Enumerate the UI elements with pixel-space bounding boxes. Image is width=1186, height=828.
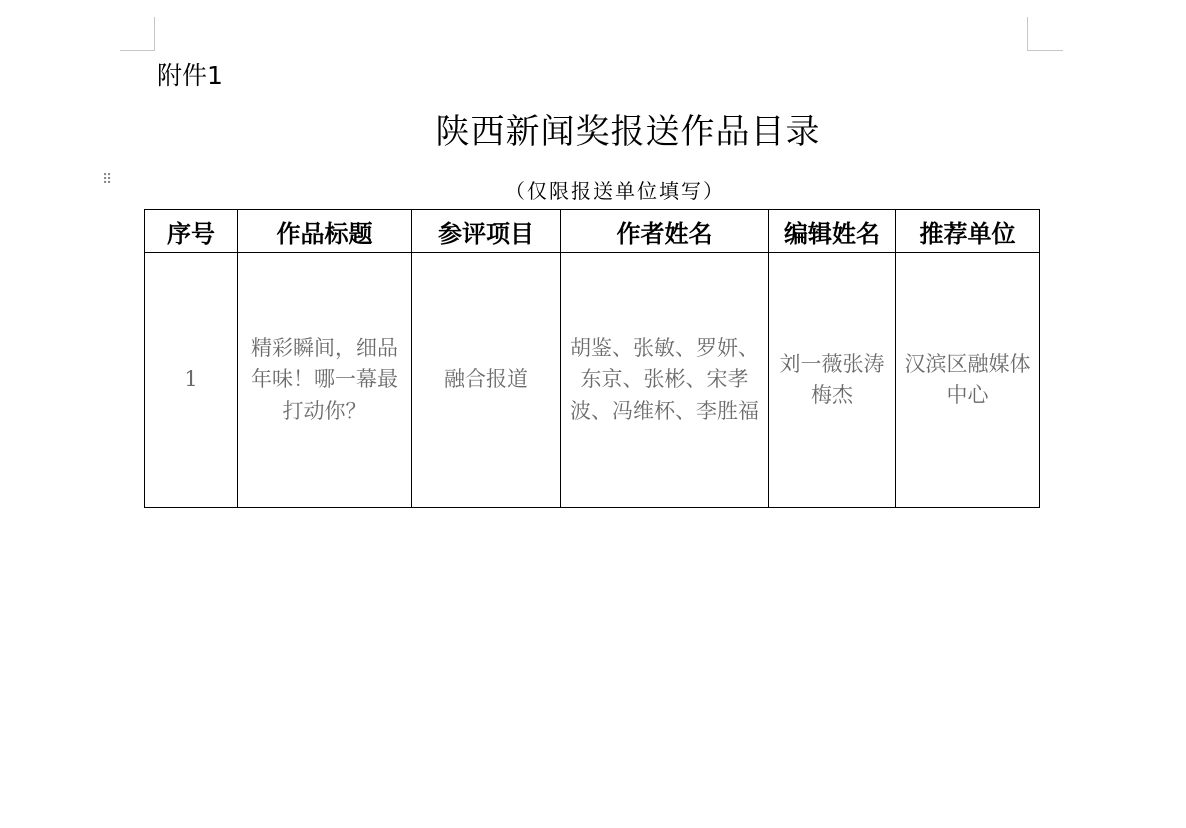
page-corner-mark-top-left-v <box>154 17 155 51</box>
page-corner-mark-top-right-h <box>1027 50 1063 51</box>
cell-category: 融合报道 <box>412 253 561 508</box>
header-editors: 编辑姓名 <box>769 210 896 253</box>
cell-authors: 胡鉴、张敏、罗妍、东京、张彬、宋孝波、冯维杯、李胜福 <box>561 253 769 508</box>
header-authors: 作者姓名 <box>561 210 769 253</box>
page-corner-mark-top-right-v <box>1027 17 1028 51</box>
cell-recommending-unit: 汉滨区融媒体中心 <box>896 253 1040 508</box>
cell-work-title: 精彩瞬间，细品年味！哪一幕最打动你？ <box>238 253 412 508</box>
table-row: 1 精彩瞬间，细品年味！哪一幕最打动你？ 融合报道 胡鉴、张敏、罗妍、东京、张彬… <box>145 253 1040 508</box>
page-corner-mark-top-left-h <box>120 50 155 51</box>
header-recommending-unit: 推荐单位 <box>896 210 1040 253</box>
document-subtitle: （仅限报送单位填写） <box>0 175 1186 204</box>
header-category: 参评项目 <box>412 210 561 253</box>
header-seq: 序号 <box>145 210 238 253</box>
cell-seq: 1 <box>145 253 238 508</box>
document-title: 陕西新闻奖报送作品目录 <box>0 104 1186 153</box>
header-work-title: 作品标题 <box>238 210 412 253</box>
table-header-row: 序号 作品标题 参评项目 作者姓名 编辑姓名 推荐单位 <box>145 210 1040 253</box>
works-table: 序号 作品标题 参评项目 作者姓名 编辑姓名 推荐单位 1 精彩瞬间，细品年味！… <box>144 209 1040 508</box>
attachment-label: 附件1 <box>157 56 223 92</box>
cell-editors: 刘一薇张涛 梅杰 <box>769 253 896 508</box>
